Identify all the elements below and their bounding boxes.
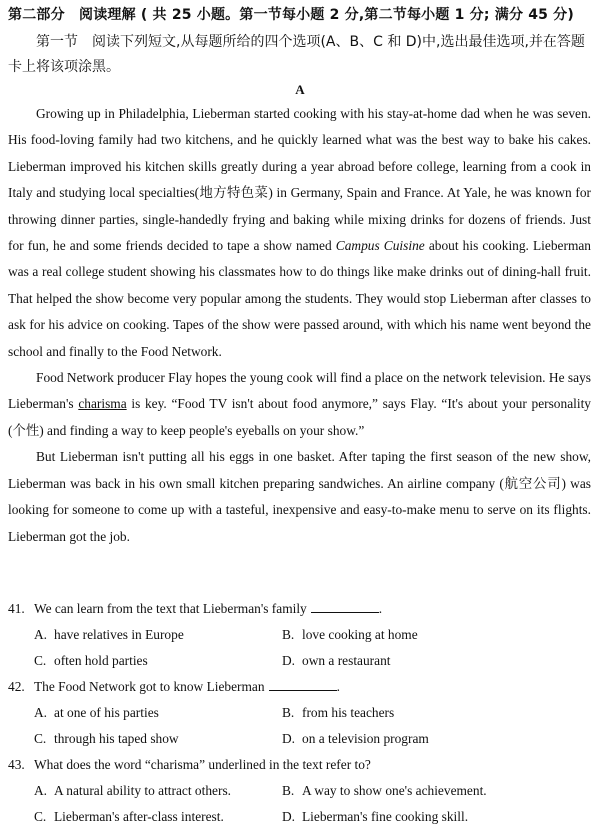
question-43: 43.What does the word “charisma” underli… bbox=[8, 752, 598, 830]
question-end: . bbox=[379, 601, 382, 616]
question-text: We can learn from the text that Lieberma… bbox=[34, 601, 307, 616]
option-d[interactable]: D.own a restaurant bbox=[282, 648, 582, 674]
option-letter: C. bbox=[34, 648, 54, 674]
question-text: The Food Network got to know Lieberman bbox=[34, 679, 265, 694]
option-text: love cooking at home bbox=[302, 627, 418, 642]
question-stem: 43.What does the word “charisma” underli… bbox=[8, 752, 598, 778]
answer-blank bbox=[269, 678, 337, 691]
question-end: . bbox=[337, 679, 340, 694]
question-list: 41.We can learn from the text that Liebe… bbox=[8, 596, 598, 830]
option-a[interactable]: A.have relatives in Europe bbox=[34, 622, 282, 648]
option-text: often hold parties bbox=[54, 653, 148, 668]
option-grid: A.have relatives in Europe B.love cookin… bbox=[8, 622, 598, 674]
option-b[interactable]: B.from his teachers bbox=[282, 700, 582, 726]
option-a[interactable]: A.at one of his parties bbox=[34, 700, 282, 726]
option-letter: A. bbox=[34, 700, 54, 726]
option-d[interactable]: D.Lieberman's fine cooking skill. bbox=[282, 804, 582, 830]
passage-paragraph-2: Food Network producer Flay hopes the you… bbox=[8, 365, 591, 444]
question-42: 42.The Food Network got to know Lieberma… bbox=[8, 674, 598, 752]
reading-passage: Growing up in Philadelphia, Lieberman st… bbox=[8, 101, 591, 550]
option-d[interactable]: D.on a television program bbox=[282, 726, 582, 752]
section-instruction: 第一节阅读下列短文,从每题所给的四个选项(A、B、C 和 D)中,选出最佳选项,… bbox=[8, 30, 592, 80]
question-41: 41.We can learn from the text that Liebe… bbox=[8, 596, 598, 674]
option-text: Lieberman's after-class interest. bbox=[54, 809, 224, 824]
option-letter: B. bbox=[282, 700, 302, 726]
question-stem: 41.We can learn from the text that Liebe… bbox=[8, 596, 598, 622]
answer-blank bbox=[311, 600, 379, 613]
option-text: A way to show one's achievement. bbox=[302, 783, 487, 798]
option-text: A natural ability to attract others. bbox=[54, 783, 231, 798]
section-label: 第一节 bbox=[36, 34, 78, 50]
option-b[interactable]: B.A way to show one's achievement. bbox=[282, 778, 582, 804]
option-text: from his teachers bbox=[302, 705, 394, 720]
exam-page: 第二部分 阅读理解 ( 共 25 小题。第一节每小题 2 分,第二节每小题 1 … bbox=[0, 0, 600, 831]
paragraph-text: Growing up in Philadelphia, Lieberman st… bbox=[8, 106, 591, 253]
option-c[interactable]: C.through his taped show bbox=[34, 726, 282, 752]
option-text: through his taped show bbox=[54, 731, 179, 746]
option-text: own a restaurant bbox=[302, 653, 391, 668]
option-letter: B. bbox=[282, 778, 302, 804]
option-letter: C. bbox=[34, 804, 54, 830]
question-number: 42. bbox=[8, 674, 34, 700]
option-letter: D. bbox=[282, 726, 302, 752]
instruction-text: 阅读下列短文,从每题所给的四个选项(A、B、C 和 D)中,选出最佳选项,并在答… bbox=[8, 34, 585, 75]
option-letter: B. bbox=[282, 622, 302, 648]
option-letter: A. bbox=[34, 778, 54, 804]
option-letter: D. bbox=[282, 648, 302, 674]
question-stem: 42.The Food Network got to know Lieberma… bbox=[8, 674, 598, 700]
passage-paragraph-1: Growing up in Philadelphia, Lieberman st… bbox=[8, 101, 591, 365]
option-letter: C. bbox=[34, 726, 54, 752]
option-text: on a television program bbox=[302, 731, 429, 746]
passage-paragraph-3: But Lieberman isn't putting all his eggs… bbox=[8, 444, 591, 550]
underlined-word: charisma bbox=[78, 396, 126, 411]
option-text: Lieberman's fine cooking skill. bbox=[302, 809, 468, 824]
show-title: Campus Cuisine bbox=[336, 238, 425, 253]
option-c[interactable]: C.Lieberman's after-class interest. bbox=[34, 804, 282, 830]
question-text: What does the word “charisma” underlined… bbox=[34, 757, 371, 772]
option-letter: A. bbox=[34, 622, 54, 648]
paragraph-text: about his cooking. Lieberman was a real … bbox=[8, 238, 591, 359]
question-number: 43. bbox=[8, 752, 34, 778]
option-c[interactable]: C.often hold parties bbox=[34, 648, 282, 674]
option-grid: A.at one of his parties B.from his teach… bbox=[8, 700, 598, 752]
option-text: at one of his parties bbox=[54, 705, 159, 720]
option-grid: A.A natural ability to attract others. B… bbox=[8, 778, 598, 830]
question-number: 41. bbox=[8, 596, 34, 622]
option-b[interactable]: B.love cooking at home bbox=[282, 622, 582, 648]
option-letter: D. bbox=[282, 804, 302, 830]
part-title: 第二部分 阅读理解 ( 共 25 小题。第一节每小题 2 分,第二节每小题 1 … bbox=[8, 4, 598, 24]
option-text: have relatives in Europe bbox=[54, 627, 184, 642]
option-a[interactable]: A.A natural ability to attract others. bbox=[34, 778, 282, 804]
passage-letter: A bbox=[0, 82, 600, 98]
